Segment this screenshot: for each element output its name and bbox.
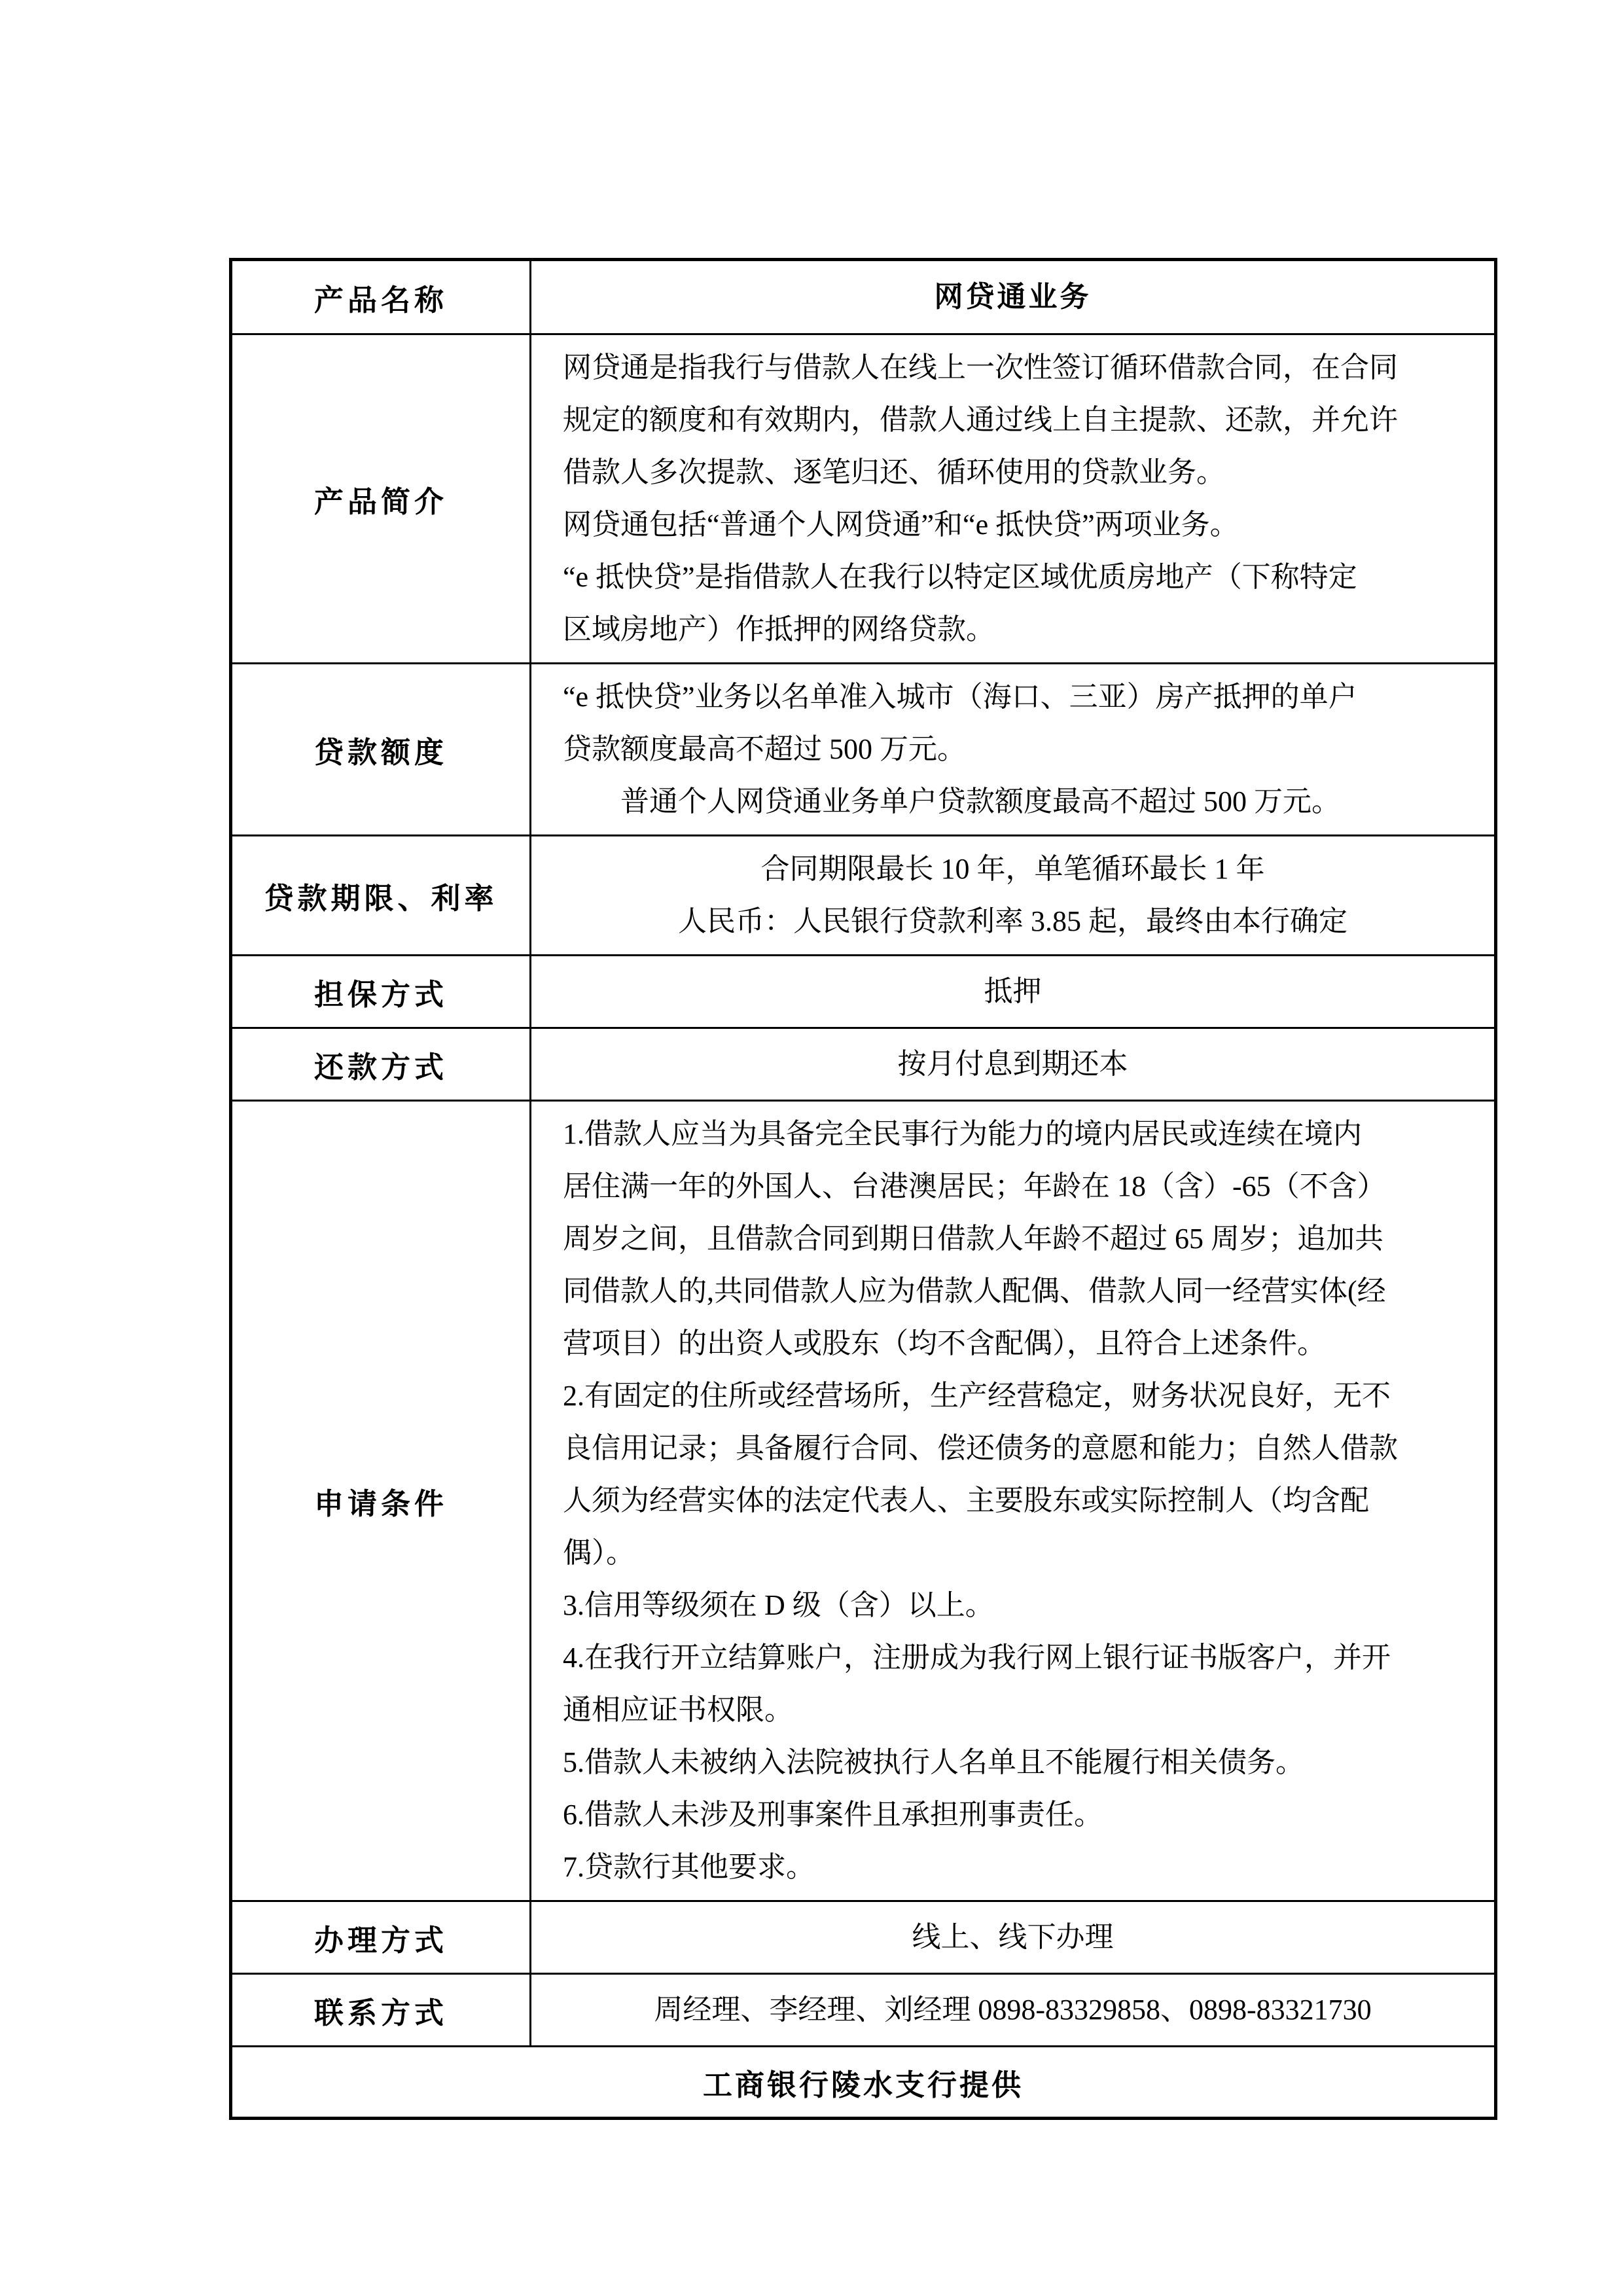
row-contact-info: 联系方式 周经理、李经理、刘经理 0898-83329858、0898-8332… [231, 1974, 1496, 2047]
content-guarantee-method: 抵押 [531, 956, 1496, 1028]
label-repayment-method: 还款方式 [231, 1028, 531, 1101]
row-product-name: 产品名称 网贷通业务 [231, 260, 1496, 334]
label-product-name: 产品名称 [231, 260, 531, 334]
text-line: 网贷通业务 [563, 271, 1463, 323]
label-contact-info: 联系方式 [231, 1974, 531, 2047]
text-line: 借款人多次提款、逐笔归还、循环使用的贷款业务。 [563, 446, 1463, 499]
text-line: 营项目）的出资人或股东（均不含配偶），且符合上述条件。 [563, 1318, 1463, 1370]
row-application-conditions: 申请条件 1.借款人应当为具备完全民事行为能力的境内居民或连续在境内居住满一年的… [231, 1101, 1496, 1901]
text-line: 网贷通包括“普通个人网贷通”和“e 抵快贷”两项业务。 [563, 499, 1463, 551]
text-line: 良信用记录；具备履行合同、偿还债务的意愿和能力；自然人借款 [563, 1422, 1463, 1475]
content-contact-info: 周经理、李经理、刘经理 0898-83329858、0898-83321730 [531, 1974, 1496, 2047]
text-line: 居住满一年的外国人、台港澳居民；年龄在 18（含）-65（不含） [563, 1160, 1463, 1213]
text-line: 通相应证书权限。 [563, 1684, 1463, 1736]
text-line: 按月付息到期还本 [563, 1038, 1463, 1090]
row-repayment-method: 还款方式 按月付息到期还本 [231, 1028, 1496, 1101]
text-line: 线上、线下办理 [563, 1911, 1463, 1964]
label-product-intro: 产品简介 [231, 334, 531, 664]
content-repayment-method: 按月付息到期还本 [531, 1028, 1496, 1101]
text-line: 1.借款人应当为具备完全民事行为能力的境内居民或连续在境内 [563, 1108, 1463, 1160]
text-line: 网贷通是指我行与借款人在线上一次性签订循环借款合同，在合同 [563, 342, 1463, 394]
text-line: 贷款额度最高不超过 500 万元。 [563, 723, 1463, 776]
scanned-document-page: { "table": { "rows": [ { "label": "产品名称"… [0, 0, 1623, 2296]
provider-footer-text: 工商银行陵水支行提供 [231, 2047, 1496, 2119]
content-product-name: 网贷通业务 [531, 260, 1496, 334]
text-line: 偶）。 [563, 1527, 1463, 1579]
label-loan-amount: 贷款额度 [231, 664, 531, 836]
text-line: 抵押 [563, 965, 1463, 1018]
label-processing-method: 办理方式 [231, 1901, 531, 1974]
content-loan-amount: “e 抵快贷”业务以名单准入城市（海口、三亚）房产抵押的单户贷款额度最高不超过 … [531, 664, 1496, 836]
text-line: 合同期限最长 10 年，单笔循环最长 1 年 [563, 843, 1463, 895]
content-application-conditions: 1.借款人应当为具备完全民事行为能力的境内居民或连续在境内居住满一年的外国人、台… [531, 1101, 1496, 1901]
row-product-intro: 产品简介 网贷通是指我行与借款人在线上一次性签订循环借款合同，在合同规定的额度和… [231, 334, 1496, 664]
text-line: 人须为经营实体的法定代表人、主要股东或实际控制人（均含配 [563, 1475, 1463, 1527]
label-guarantee-method: 担保方式 [231, 956, 531, 1028]
text-line: 周经理、李经理、刘经理 0898-83329858、0898-83321730 [563, 1984, 1463, 2036]
text-line: 3.信用等级须在 D 级（含）以上。 [563, 1579, 1463, 1632]
content-processing-method: 线上、线下办理 [531, 1901, 1496, 1974]
text-line: 7.贷款行其他要求。 [563, 1841, 1463, 1893]
row-loan-amount: 贷款额度 “e 抵快贷”业务以名单准入城市（海口、三亚）房产抵押的单户贷款额度最… [231, 664, 1496, 836]
row-guarantee-method: 担保方式 抵押 [231, 956, 1496, 1028]
product-info-table-wrapper: 产品名称 网贷通业务 产品简介 网贷通是指我行与借款人在线上一次性签订循环借款合… [229, 258, 1497, 2120]
row-provider-footer: 工商银行陵水支行提供 [231, 2047, 1496, 2119]
text-line: 2.有固定的住所或经营场所，生产经营稳定，财务状况良好，无不 [563, 1370, 1463, 1422]
text-line: 区域房地产）作抵押的网络贷款。 [563, 603, 1463, 656]
row-loan-term-rate: 贷款期限、利率 合同期限最长 10 年，单笔循环最长 1 年人民币：人民银行贷款… [231, 836, 1496, 956]
text-line: “e 抵快贷”是指借款人在我行以特定区域优质房地产（下称特定 [563, 551, 1463, 603]
text-line: 规定的额度和有效期内，借款人通过线上自主提款、还款，并允许 [563, 394, 1463, 446]
row-processing-method: 办理方式 线上、线下办理 [231, 1901, 1496, 1974]
text-line: 6.借款人未涉及刑事案件且承担刑事责任。 [563, 1789, 1463, 1841]
text-line: 同借款人的,共同借款人应为借款人配偶、借款人同一经营实体(经 [563, 1265, 1463, 1318]
content-product-intro: 网贷通是指我行与借款人在线上一次性签订循环借款合同，在合同规定的额度和有效期内，… [531, 334, 1496, 664]
text-line: 人民币：人民银行贷款利率 3.85 起，最终由本行确定 [563, 895, 1463, 948]
label-loan-term-rate: 贷款期限、利率 [231, 836, 531, 956]
text-line: 普通个人网贷通业务单户贷款额度最高不超过 500 万元。 [563, 776, 1463, 828]
text-line: 4.在我行开立结算账户，注册成为我行网上银行证书版客户，并开 [563, 1632, 1463, 1684]
text-line: 周岁之间，且借款合同到期日借款人年龄不超过 65 周岁；追加共 [563, 1213, 1463, 1265]
content-loan-term-rate: 合同期限最长 10 年，单笔循环最长 1 年人民币：人民银行贷款利率 3.85 … [531, 836, 1496, 956]
text-line: “e 抵快贷”业务以名单准入城市（海口、三亚）房产抵押的单户 [563, 671, 1463, 723]
text-line: 5.借款人未被纳入法院被执行人名单且不能履行相关债务。 [563, 1736, 1463, 1789]
product-info-table: 产品名称 网贷通业务 产品简介 网贷通是指我行与借款人在线上一次性签订循环借款合… [229, 258, 1497, 2120]
label-application-conditions: 申请条件 [231, 1101, 531, 1901]
